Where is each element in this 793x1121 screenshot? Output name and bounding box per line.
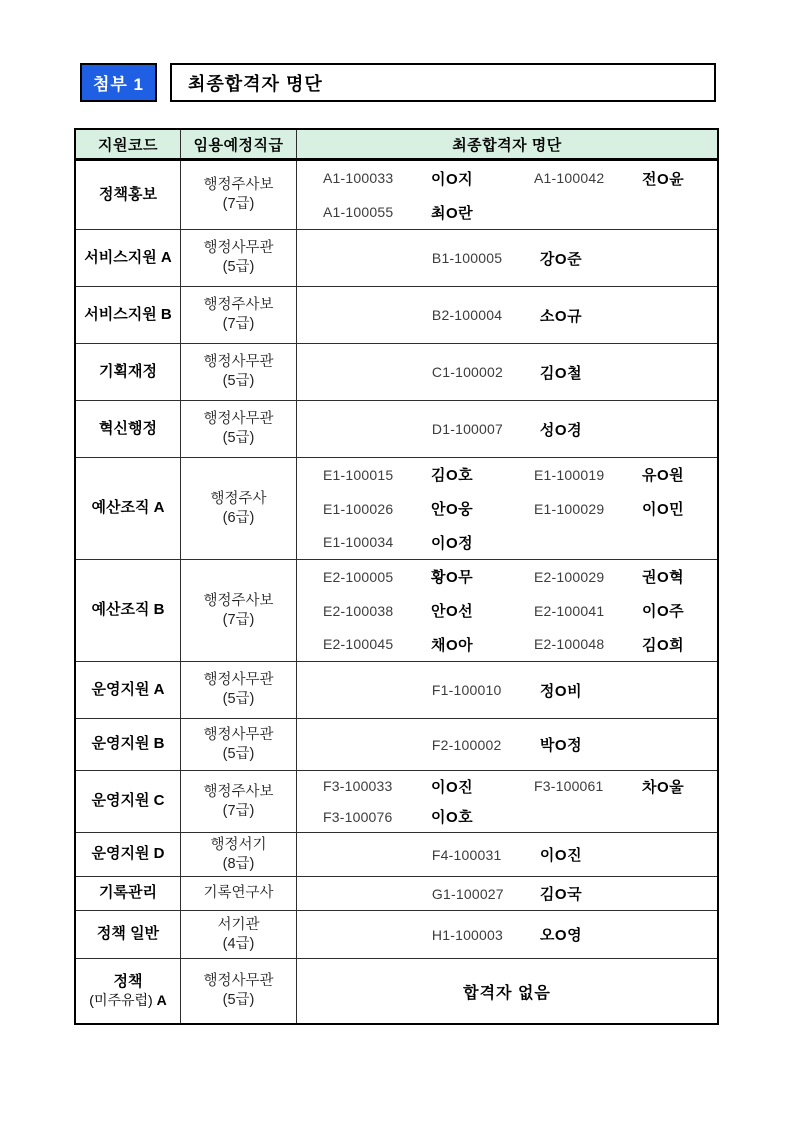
candidates-cell: H1-100003오O영 (297, 911, 717, 958)
candidate-name: 전O윤 (642, 168, 684, 189)
candidate-id: F4-100031 (432, 847, 540, 863)
table-row: 정책(미주유럽) A 행정사무관(5급) 합격자 없음 (76, 959, 717, 1023)
appointment-grade-cell: 행정주사(6급) (181, 458, 297, 559)
candidate-name: 김O호 (431, 464, 473, 485)
column-header-candidates-list: 최종합격자 명단 (297, 130, 717, 158)
candidate-name: 이O진 (431, 776, 473, 797)
candidate-id: F3-100076 (323, 809, 431, 825)
candidate-entry: C1-100002김O철 (432, 362, 582, 383)
appointment-grade-cell: 행정주사보(7급) (181, 287, 297, 343)
candidate-entry: F2-100002박O정 (432, 734, 582, 755)
candidate-line: E2-100005황O무E2-100029권O혁 (297, 560, 717, 594)
candidates-cell: F1-100010정O비 (297, 662, 717, 718)
candidates-cell: E1-100015김O호E1-100019유O원E1-100026안O웅E1-1… (297, 458, 717, 559)
table-row: 정책홍보 행정주사보(7급) A1-100033이O지A1-100042전O윤A… (76, 161, 717, 230)
candidate-entry: E2-100048김O희 (520, 634, 717, 655)
page-title: 최종합격자 명단 (170, 63, 716, 102)
table-row: 서비스지원 A 행정사무관(5급) B1-100005강O준 (76, 230, 717, 287)
candidate-entry: B1-100005강O준 (432, 248, 582, 269)
application-code-cell: 서비스지원 A (76, 230, 181, 286)
candidates-cell: B2-100004소O규 (297, 287, 717, 343)
application-code-cell: 정책홍보 (76, 161, 181, 229)
candidate-line: F3-100033이O진F3-100061차O울 (297, 771, 717, 802)
appointment-grade-cell: 행정주사보(7급) (181, 161, 297, 229)
candidate-line: F2-100002박O정 (297, 728, 717, 762)
candidate-line: F4-100031이O진 (297, 838, 717, 872)
application-code-cell: 예산조직 A (76, 458, 181, 559)
table-row: 운영지원 B 행정사무관(5급) F2-100002박O정 (76, 719, 717, 771)
candidate-entry: E1-100019유O원 (520, 464, 717, 485)
candidate-entry: E2-100038안O선 (323, 600, 520, 621)
candidates-cell: F3-100033이O진F3-100061차O울F3-100076이O호 (297, 771, 717, 832)
table-row: 운영지원 C 행정주사보(7급) F3-100033이O진F3-100061차O… (76, 771, 717, 833)
candidate-id: E1-100034 (323, 534, 431, 550)
candidate-id: H1-100003 (432, 927, 540, 943)
candidate-id: D1-100007 (432, 421, 540, 437)
candidate-entry: G1-100027김O국 (432, 883, 582, 904)
candidates-cell: B1-100005강O준 (297, 230, 717, 286)
candidate-name: 소O규 (540, 305, 582, 326)
column-header-appointment-grade: 임용예정직급 (181, 130, 297, 158)
candidate-entry: A1-100055최O란 (323, 202, 520, 223)
candidate-line: F3-100076이O호 (297, 802, 717, 833)
candidate-name: 강O준 (540, 248, 582, 269)
candidates-cell: G1-100027김O국 (297, 877, 717, 910)
candidate-entry: E2-100041이O주 (520, 600, 717, 621)
candidate-entry: F1-100010정O비 (432, 680, 582, 701)
candidate-line: E1-100015김O호E1-100019유O원 (297, 458, 717, 492)
candidate-id: E1-100026 (323, 501, 431, 517)
application-code-cell: 운영지원 B (76, 719, 181, 770)
candidate-entry: F3-100033이O진 (323, 776, 520, 797)
table-row: 예산조직 A 행정주사(6급) E1-100015김O호E1-100019유O원… (76, 458, 717, 560)
candidate-name: 이O정 (431, 532, 473, 553)
candidate-entry: E1-100026안O웅 (323, 498, 520, 519)
candidate-line: E2-100045채O아E2-100048김O희 (297, 627, 717, 661)
candidate-name: 이O민 (642, 498, 684, 519)
candidate-id: F3-100061 (534, 778, 642, 794)
candidate-id: C1-100002 (432, 364, 540, 380)
appointment-grade-cell: 행정사무관(5급) (181, 662, 297, 718)
candidate-id: E2-100029 (534, 569, 642, 585)
table-header-row: 지원코드 임용예정직급 최종합격자 명단 (76, 130, 717, 161)
application-code-cell: 운영지원 A (76, 662, 181, 718)
candidate-id: A1-100042 (534, 170, 642, 186)
candidate-name: 차O울 (642, 776, 684, 797)
candidate-name: 정O비 (540, 680, 582, 701)
candidate-line: D1-100007성O경 (297, 412, 717, 446)
candidate-line: E1-100034이O정 (297, 525, 717, 559)
candidate-name: 이O주 (642, 600, 684, 621)
table-row: 기획재정 행정사무관(5급) C1-100002김O철 (76, 344, 717, 401)
candidate-id: G1-100027 (432, 886, 540, 902)
candidate-line: E2-100038안O선E2-100041이O주 (297, 594, 717, 628)
candidate-id: B2-100004 (432, 307, 540, 323)
candidate-id: E2-100041 (534, 603, 642, 619)
candidate-line: H1-100003오O영 (297, 918, 717, 952)
table-body: 정책홍보 행정주사보(7급) A1-100033이O지A1-100042전O윤A… (76, 161, 717, 1023)
candidates-cell: F4-100031이O진 (297, 833, 717, 876)
candidate-name: 황O무 (431, 566, 473, 587)
candidate-entry: E1-100029이O민 (520, 498, 717, 519)
appointment-grade-cell: 행정사무관(5급) (181, 230, 297, 286)
candidate-entry: E2-100005황O무 (323, 566, 520, 587)
candidates-cell: C1-100002김O철 (297, 344, 717, 400)
appointment-grade-cell: 행정주사보(7급) (181, 560, 297, 661)
table-row: 정책 일반 서기관(4급) H1-100003오O영 (76, 911, 717, 959)
candidates-cell: 합격자 없음 (297, 959, 717, 1023)
candidate-name: 안O웅 (431, 498, 473, 519)
application-code-cell: 운영지원 C (76, 771, 181, 832)
application-code-cell: 운영지원 D (76, 833, 181, 876)
candidate-line: F1-100010정O비 (297, 673, 717, 707)
candidate-id: E2-100045 (323, 636, 431, 652)
document-header: 첨부 1 최종합격자 명단 (80, 63, 716, 102)
candidate-name: 권O혁 (642, 566, 684, 587)
application-code-cell: 혁신행정 (76, 401, 181, 457)
candidate-id: E1-100015 (323, 467, 431, 483)
candidates-table: 지원코드 임용예정직급 최종합격자 명단 정책홍보 행정주사보(7급) A1-1… (74, 128, 719, 1025)
appointment-grade-cell: 서기관(4급) (181, 911, 297, 958)
table-row: 예산조직 B 행정주사보(7급) E2-100005황O무E2-100029권O… (76, 560, 717, 662)
application-code-cell: 예산조직 B (76, 560, 181, 661)
candidate-name: 최O란 (431, 202, 473, 223)
candidate-entry: F3-100076이O호 (323, 806, 520, 827)
candidate-line: B1-100005강O준 (297, 241, 717, 275)
appointment-grade-cell: 행정사무관(5급) (181, 344, 297, 400)
candidate-entry: F3-100061차O울 (520, 776, 717, 797)
column-header-application-code: 지원코드 (76, 130, 181, 158)
candidate-id: B1-100005 (432, 250, 540, 266)
application-code-cell: 정책 일반 (76, 911, 181, 958)
candidates-cell: E2-100005황O무E2-100029권O혁E2-100038안O선E2-1… (297, 560, 717, 661)
candidate-id: E1-100019 (534, 467, 642, 483)
candidate-entry: D1-100007성O경 (432, 419, 582, 440)
candidate-line: A1-100055최O란 (297, 195, 717, 229)
appointment-grade-cell: 행정사무관(5급) (181, 401, 297, 457)
candidate-name: 김O철 (540, 362, 582, 383)
candidate-line: A1-100033이O지A1-100042전O윤 (297, 161, 717, 195)
candidate-name: 채O아 (431, 634, 473, 655)
document-page: 첨부 1 최종합격자 명단 지원코드 임용예정직급 최종합격자 명단 정책홍보 … (0, 0, 793, 1121)
candidate-name: 김O희 (642, 634, 684, 655)
candidate-line: C1-100002김O철 (297, 355, 717, 389)
candidate-id: A1-100033 (323, 170, 431, 186)
table-row: 혁신행정 행정사무관(5급) D1-100007성O경 (76, 401, 717, 458)
candidate-line: E1-100026안O웅E1-100029이O민 (297, 492, 717, 526)
candidate-entry: A1-100042전O윤 (520, 168, 717, 189)
candidate-entry: H1-100003오O영 (432, 924, 582, 945)
candidate-name: 이O지 (431, 168, 473, 189)
no-pass-label: 합격자 없음 (297, 980, 717, 1003)
candidate-name: 박O정 (540, 734, 582, 755)
appointment-grade-cell: 행정주사보(7급) (181, 771, 297, 832)
candidate-name: 오O영 (540, 924, 582, 945)
table-row: 운영지원 A 행정사무관(5급) F1-100010정O비 (76, 662, 717, 719)
candidate-entry: E1-100015김O호 (323, 464, 520, 485)
candidate-name: 안O선 (431, 600, 473, 621)
appointment-grade-cell: 행정사무관(5급) (181, 719, 297, 770)
candidate-id: F1-100010 (432, 682, 540, 698)
candidate-id: E2-100038 (323, 603, 431, 619)
candidate-name: 유O원 (642, 464, 684, 485)
application-code-cell: 정책(미주유럽) A (76, 959, 181, 1023)
candidate-entry: E2-100029권O혁 (520, 566, 717, 587)
application-code-cell: 서비스지원 B (76, 287, 181, 343)
candidate-line: G1-100027김O국 (297, 877, 717, 910)
application-code-cell: 기록관리 (76, 877, 181, 910)
table-row: 서비스지원 B 행정주사보(7급) B2-100004소O규 (76, 287, 717, 344)
candidates-cell: A1-100033이O지A1-100042전O윤A1-100055최O란 (297, 161, 717, 229)
candidate-id: E2-100005 (323, 569, 431, 585)
candidate-id: F3-100033 (323, 778, 431, 794)
candidate-entry: B2-100004소O규 (432, 305, 582, 326)
candidate-entry: E1-100034이O정 (323, 532, 520, 553)
candidate-name: 김O국 (540, 883, 582, 904)
candidate-id: A1-100055 (323, 204, 431, 220)
candidates-cell: F2-100002박O정 (297, 719, 717, 770)
table-row: 운영지원 D 행정서기(8급) F4-100031이O진 (76, 833, 717, 877)
candidate-name: 이O호 (431, 806, 473, 827)
candidate-entry: A1-100033이O지 (323, 168, 520, 189)
candidate-id: E1-100029 (534, 501, 642, 517)
candidates-cell: D1-100007성O경 (297, 401, 717, 457)
candidate-id: E2-100048 (534, 636, 642, 652)
candidate-entry: F4-100031이O진 (432, 844, 582, 865)
appointment-grade-cell: 행정서기(8급) (181, 833, 297, 876)
appointment-grade-cell: 기록연구사 (181, 877, 297, 910)
appointment-grade-cell: 행정사무관(5급) (181, 959, 297, 1023)
candidate-id: F2-100002 (432, 737, 540, 753)
candidate-name: 이O진 (540, 844, 582, 865)
candidate-name: 성O경 (540, 419, 582, 440)
candidate-line: B2-100004소O규 (297, 298, 717, 332)
candidate-entry: E2-100045채O아 (323, 634, 520, 655)
application-code-cell: 기획재정 (76, 344, 181, 400)
attachment-badge: 첨부 1 (80, 63, 157, 102)
table-row: 기록관리 기록연구사 G1-100027김O국 (76, 877, 717, 911)
